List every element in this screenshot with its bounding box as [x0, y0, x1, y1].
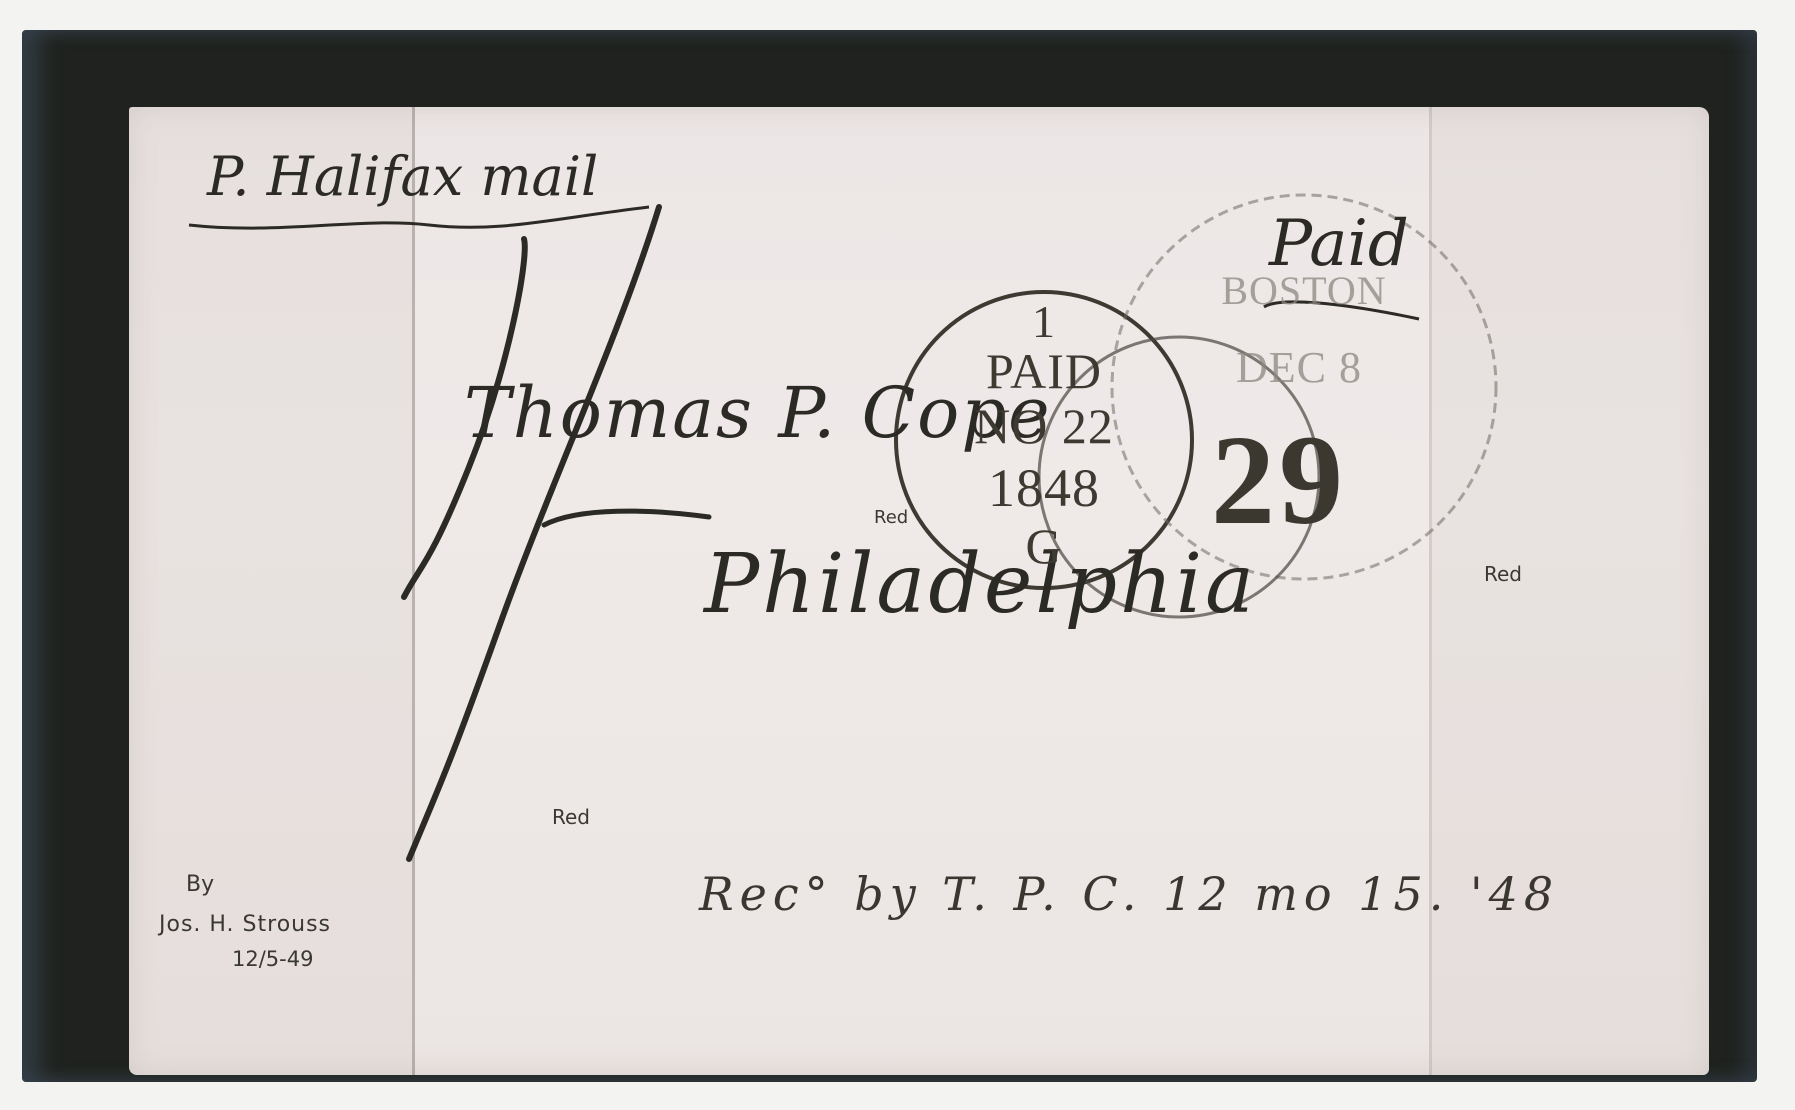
arrival-postmark-town: BOSTON	[1184, 267, 1424, 314]
routing-underline	[189, 207, 649, 228]
paid-postmark-numeral: 1	[959, 295, 1129, 348]
attribution-date: 12/5-49	[232, 947, 313, 971]
arrival-postmark-date: DEC 8	[1204, 342, 1394, 393]
color-note-rate-marking: Red	[552, 805, 590, 829]
rate-dash	[544, 511, 709, 525]
attribution-by: By	[186, 872, 214, 897]
receipt-docket: Rec° by T. P. C. 12 mo 15. '48	[699, 867, 1559, 921]
rate-stroke-2	[409, 207, 659, 859]
paid-postmark-date: NO 22	[944, 397, 1144, 455]
routing-note: P. Halifax mail	[207, 145, 598, 208]
color-note-paid-stamp: Red	[874, 507, 908, 528]
paid-postmark-label: PAID	[944, 342, 1144, 400]
paid-postmark-year: 1848	[934, 457, 1154, 519]
arrival-rate-numeral: 29	[1159, 407, 1399, 554]
photo-mount-border: P. Halifax mail Paid Thomas P. Cope Phil…	[22, 30, 1757, 1082]
attribution-name: Jos. H. Strouss	[159, 912, 331, 937]
color-note-arrival-stamp: Red	[1484, 562, 1522, 586]
envelope-cover: P. Halifax mail Paid Thomas P. Cope Phil…	[129, 107, 1709, 1075]
paid-postmark-letter: G	[989, 517, 1099, 575]
